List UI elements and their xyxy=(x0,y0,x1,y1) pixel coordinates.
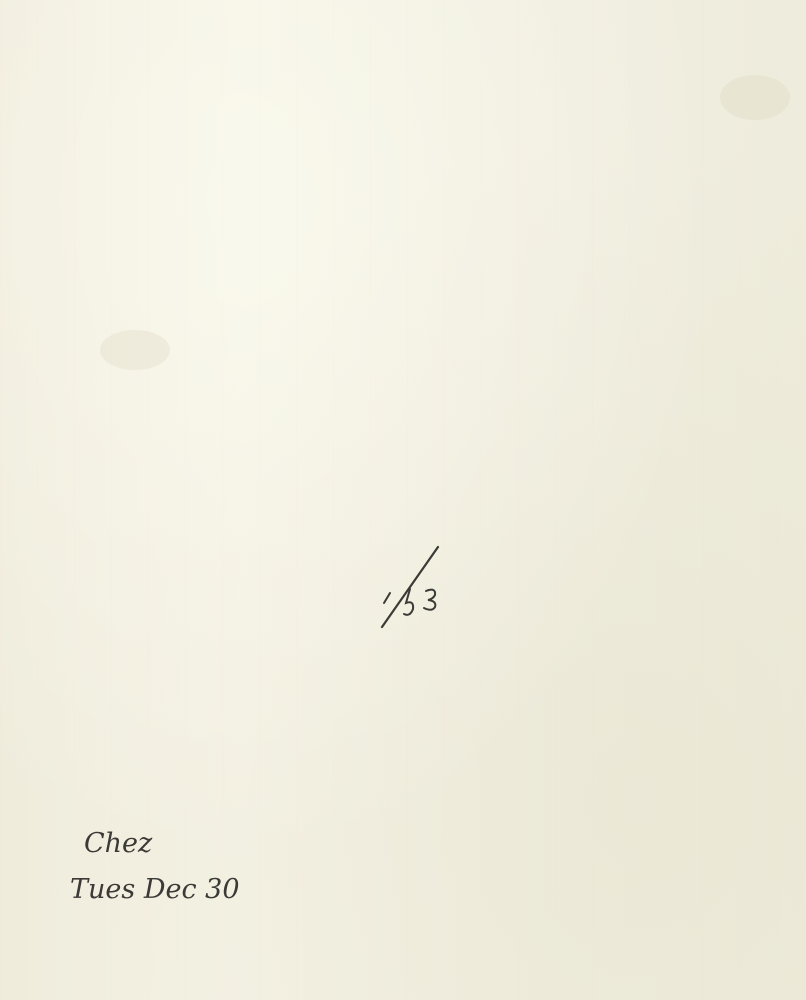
paper-stain xyxy=(720,75,790,120)
handwritten-date: Tues Dec 30 xyxy=(70,874,240,905)
handwritten-code: 1/53 xyxy=(380,545,450,630)
handwritten-name: Chez xyxy=(84,828,152,859)
handwritten-code-glyph xyxy=(380,545,450,630)
paper-stain xyxy=(100,330,170,370)
